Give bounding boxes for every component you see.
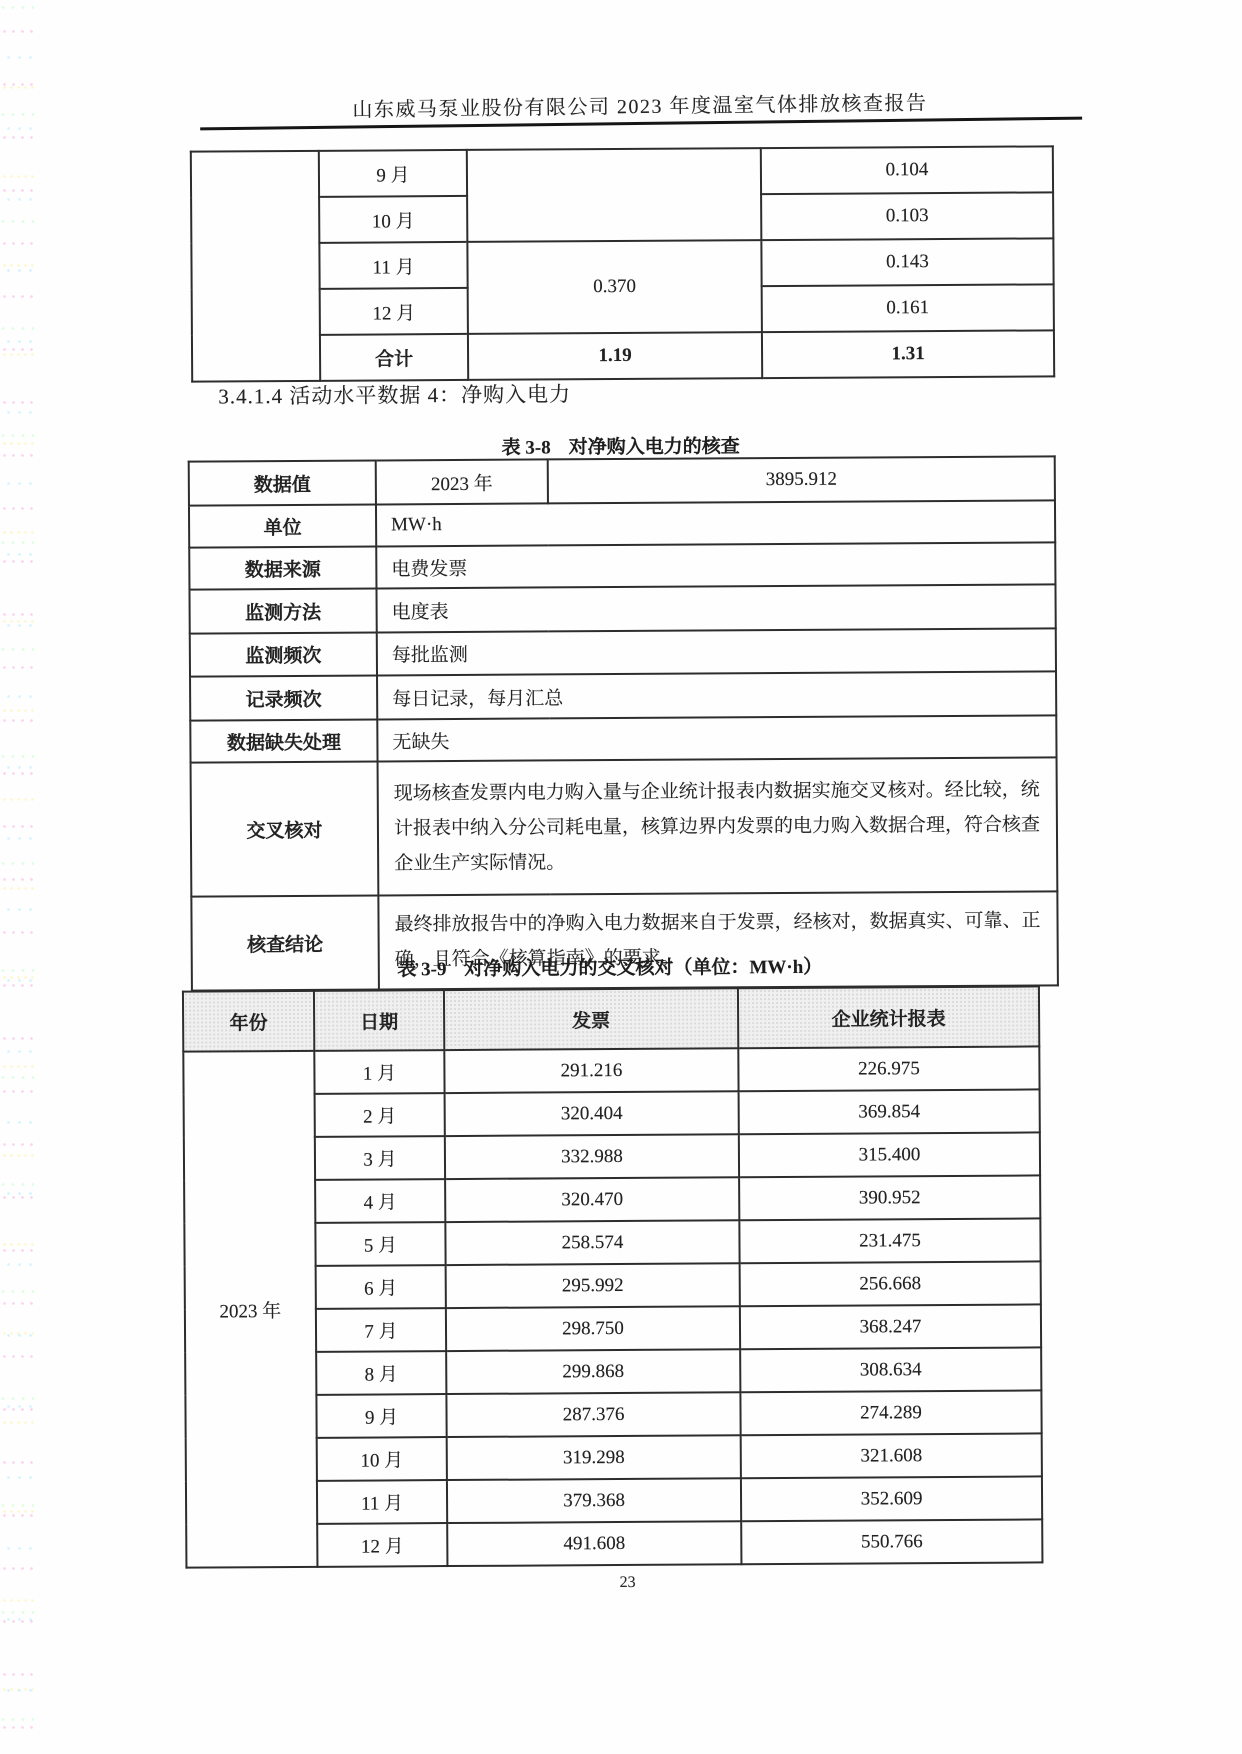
cell-month: 11 月 <box>319 242 467 289</box>
header-invoice: 发票 <box>444 988 738 1050</box>
cell-month: 4 月 <box>315 1179 445 1223</box>
cell-value: 每批监测 <box>377 628 1056 675</box>
cell-report: 369.854 <box>739 1089 1040 1134</box>
cell-value: 电度表 <box>376 584 1055 632</box>
cell-month: 9 月 <box>316 1394 446 1438</box>
cell-report: 368.247 <box>740 1304 1041 1349</box>
cell-report: 550.766 <box>741 1519 1042 1564</box>
cell-month: 5 月 <box>315 1222 445 1266</box>
cell-report: 352.609 <box>741 1476 1042 1521</box>
cell-report: 226.975 <box>738 1046 1039 1091</box>
table-row: 监测频次 每批监测 <box>190 628 1056 676</box>
cell-invoice: 320.404 <box>445 1091 739 1136</box>
cell-report: 274.289 <box>740 1390 1041 1435</box>
cell-report: 390.952 <box>739 1175 1040 1220</box>
row-label: 数据缺失处理 <box>190 719 377 762</box>
total-row: 合计 1.19 1.31 <box>192 330 1054 381</box>
total-label: 合计 <box>320 334 468 381</box>
document-page: 山东威马泵业股份有限公司 2023 年度温室气体排放核查报告 9 月 0.104… <box>0 0 1242 1754</box>
table-row: 11 月 0.370 0.143 <box>191 238 1053 289</box>
cell-month: 2 月 <box>315 1093 445 1137</box>
cross-check-text: 现场核查发票内电力购入量与企业统计报表内数据实施交叉核对。经比较，统计报表中纳入… <box>378 757 1058 895</box>
cell-report: 321.608 <box>741 1433 1042 1478</box>
page-content: 9 月 0.104 10 月 0.103 11 月 0.370 0.143 12… <box>0 0 1242 1754</box>
caption-title: 对净购入电力的核查 <box>569 436 740 458</box>
header-report: 企业统计报表 <box>738 986 1039 1048</box>
table-row: 数据来源 电费发票 <box>189 542 1055 589</box>
table-3-9-caption: 表 3-9对净购入电力的交叉核对（单位：MW·h） <box>182 950 1038 982</box>
row-label: 数据值 <box>189 460 376 505</box>
merged-value-cell: 0.370 <box>467 240 762 334</box>
table-row: 监测方法 电度表 <box>189 584 1055 633</box>
cell-invoice: 332.988 <box>445 1134 739 1179</box>
table-3-8: 数据值 2023 年 3895.912 单位 MW·h 数据来源 电费发票 监测… <box>188 455 1059 991</box>
cell-month: 3 月 <box>315 1136 445 1180</box>
cell-value: 3895.912 <box>548 456 1055 503</box>
cell-value: 每日记录，每月汇总 <box>377 671 1056 719</box>
table-row: 2023 年 1 月 291.216 226.975 <box>183 1046 1039 1094</box>
carryover-table: 9 月 0.104 10 月 0.103 11 月 0.370 0.143 12… <box>190 145 1055 382</box>
merged-empty-value-cell <box>467 148 762 242</box>
section-heading: 3.4.1.4 活动水平数据 4：净购入电力 <box>218 378 571 410</box>
table-row: 记录频次 每日记录，每月汇总 <box>190 671 1056 720</box>
year-cell: 2023 年 <box>183 1051 317 1568</box>
header-row: 年份 日期 发票 企业统计报表 <box>183 986 1039 1051</box>
caption-label: 表 3-8 <box>502 437 551 458</box>
cell-month: 10 月 <box>317 1437 447 1481</box>
cell-month: 7 月 <box>316 1308 446 1352</box>
cell-invoice: 299.868 <box>446 1349 740 1394</box>
page-number: 23 <box>194 1571 1062 1594</box>
table-row: 数据值 2023 年 3895.912 <box>189 456 1055 505</box>
cell-invoice: 320.470 <box>445 1177 739 1222</box>
cell-month: 12 月 <box>317 1523 447 1567</box>
cell-month: 11 月 <box>317 1480 447 1524</box>
cell-report: 308.634 <box>740 1347 1041 1392</box>
row-label: 单位 <box>189 504 376 547</box>
table-row: 单位 MW·h <box>189 500 1055 547</box>
cell-invoice: 295.992 <box>446 1263 740 1308</box>
cell-report: 256.668 <box>740 1261 1041 1306</box>
year-carryover-cell <box>191 151 320 382</box>
row-label: 记录频次 <box>190 675 377 720</box>
table-3-9: 年份 日期 发票 企业统计报表 2023 年 1 月 291.216 226.9… <box>182 985 1044 1568</box>
cell-month: 12 月 <box>320 288 468 335</box>
cell-month: 1 月 <box>314 1050 444 1094</box>
row-label: 交叉核对 <box>191 761 379 896</box>
cell-invoice: 258.574 <box>445 1220 739 1265</box>
table-row: 9 月 0.104 <box>191 146 1053 197</box>
row-label: 监测方法 <box>189 588 376 633</box>
cell-value: MW·h <box>376 500 1055 546</box>
cell-value: 0.104 <box>761 146 1053 194</box>
cell-value: 0.143 <box>761 238 1053 286</box>
caption-label: 表 3-9 <box>397 959 446 980</box>
cell-month: 8 月 <box>316 1351 446 1395</box>
cell-year: 2023 年 <box>376 459 548 504</box>
row-label: 监测频次 <box>190 632 377 676</box>
table-row: 数据缺失处理 无缺失 <box>190 715 1056 762</box>
caption-title: 对净购入电力的交叉核对（单位：MW·h） <box>464 957 822 980</box>
row-label: 数据来源 <box>189 546 376 589</box>
cell-invoice: 491.608 <box>447 1521 741 1566</box>
cell-invoice: 287.376 <box>446 1392 740 1437</box>
cell-value: 0.103 <box>761 192 1053 240</box>
cell-value: 无缺失 <box>377 715 1056 761</box>
cell-value: 0.161 <box>762 284 1054 332</box>
total-right-value: 1.31 <box>762 330 1054 378</box>
cell-invoice: 319.298 <box>447 1435 741 1480</box>
cell-month: 10 月 <box>319 196 467 243</box>
cell-value: 电费发票 <box>376 542 1055 588</box>
cross-check-row: 交叉核对 现场核查发票内电力购入量与企业统计报表内数据实施交叉核对。经比较，统计… <box>191 757 1058 896</box>
header-date: 日期 <box>314 990 444 1051</box>
cell-month: 6 月 <box>316 1265 446 1309</box>
total-middle-value: 1.19 <box>468 332 762 380</box>
cell-invoice: 298.750 <box>446 1306 740 1351</box>
header-year: 年份 <box>183 991 314 1052</box>
cell-report: 315.400 <box>739 1132 1040 1177</box>
cell-month: 9 月 <box>319 150 467 197</box>
cell-report: 231.475 <box>739 1218 1040 1263</box>
cell-invoice: 291.216 <box>444 1048 738 1093</box>
cell-invoice: 379.368 <box>447 1478 741 1523</box>
